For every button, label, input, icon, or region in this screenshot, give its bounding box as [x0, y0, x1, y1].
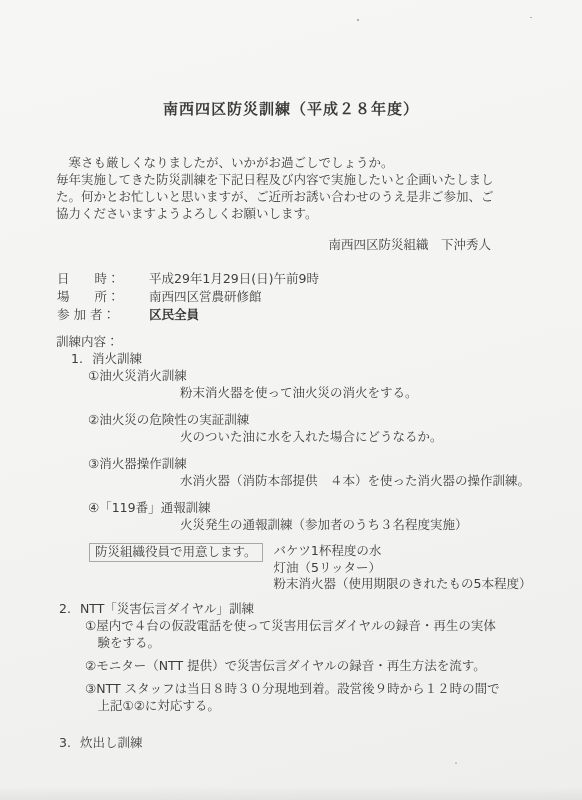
scan-speck — [455, 762, 457, 764]
scan-speck — [530, 17, 532, 18]
scan-speck — [357, 19, 359, 21]
section-1-name: 消火訓練 — [92, 350, 142, 367]
contents-heading: 訓練内容： — [56, 333, 582, 350]
sender-line: 南西四区防災組織 下沖秀人 — [0, 236, 491, 253]
supplies-note: 防災組織役員で用意します。 バケツ1杯程度の水 灯油（5リッター） 粉末消火器（… — [89, 543, 582, 593]
section-2-name: NTT「災害伝言ダイヤル」訓練 — [80, 600, 254, 617]
info-label-place: 場 所： — [57, 288, 137, 305]
list-item: ④「119番」通報訓練 火災発生の通報訓練（参加者のうち３名程度実施） — [0, 499, 582, 533]
section-1-number: 1. — [71, 350, 83, 367]
event-info: 日 時： 平成29年1月29日(日)午前9時 場 所： 南西四区営農研修館 参 … — [57, 270, 582, 324]
list-item: ①屋内で４台の仮設電話を使って災害用伝言ダイヤルの録音・再生の実体 験をする。 — [85, 617, 582, 651]
info-value-datetime: 平成29年1月29日(日)午前9時 — [149, 270, 319, 287]
section-3-name: 炊出し訓練 — [80, 734, 143, 751]
item-3-detail: 水消火器（消防本部提供 ４本）を使った消火器の操作訓練。 — [180, 472, 582, 489]
item-3-heading: ③消火器操作訓練 — [88, 455, 582, 472]
info-label-datetime: 日 時： — [57, 270, 137, 287]
section-fire-extinguishing: 1. 消火訓練 ①油火災消火訓練 粉末消火器を使って油火災の消火をする。 ②油火… — [0, 350, 582, 593]
document-title: 南西四区防災訓練（平成２８年度） — [0, 0, 582, 118]
info-row-place: 場 所： 南西四区営農研修館 — [57, 288, 582, 306]
list-item: ③NTT スタッフは当日８時３０分現地到着。設営後９時から１２時の間で 上記①②… — [85, 680, 582, 714]
supplies-box-label: 防災組織役員で用意します。 — [89, 543, 263, 562]
info-value-participants: 区民全員 — [149, 306, 199, 323]
info-row-datetime: 日 時： 平成29年1月29日(日)午前9時 — [57, 270, 582, 288]
info-row-participants: 参 加 者： 区民全員 — [57, 306, 582, 324]
list-item: ②油火災の危険性の実証訓練 火のついた油に水を入れた場合にどうなるか。 — [0, 411, 582, 445]
info-value-place: 南西四区営農研修館 — [149, 288, 262, 305]
scanned-document-page: 南西四区防災訓練（平成２８年度） 寒さも厳しくなりましたが、いかがお過ごしでしょ… — [0, 0, 582, 800]
section-2-title: 2. NTT「災害伝言ダイヤル」訓練 — [59, 600, 582, 617]
supplies-list: バケツ1杯程度の水 灯油（5リッター） 粉末消火器（使用期限のきれたもの5本程度… — [274, 543, 532, 593]
section-ntt-dial: 2. NTT「災害伝言ダイヤル」訓練 ①屋内で４台の仮設電話を使って災害用伝言ダ… — [0, 600, 582, 714]
item-2-detail: 火のついた油に水を入れた場合にどうなるか。 — [180, 428, 582, 445]
section-3-title: 3. 炊出し訓練 — [59, 734, 582, 751]
section-1-items: ①油火災消火訓練 粉末消火器を使って油火災の消火をする。 ②油火災の危険性の実証… — [0, 367, 582, 533]
item-1-detail: 粉末消火器を使って油火災の消火をする。 — [180, 384, 582, 401]
section-1-title: 1. 消火訓練 — [71, 350, 582, 367]
section-cooking-drill: 3. 炊出し訓練 — [0, 734, 582, 751]
item-4-detail: 火災発生の通報訓練（参加者のうち３名程度実施） — [180, 516, 582, 533]
greeting-paragraph: 寒さも厳しくなりましたが、いかがお過ごしでしょうか。 毎年実施してきた防災訓練を… — [56, 154, 558, 222]
section-3-number: 3. — [59, 734, 71, 751]
list-item: ②モニター（NTT 提供）で災害伝言ダイヤルの録音・再生方法を流す。 — [85, 657, 582, 674]
info-label-participants: 参 加 者： — [57, 306, 137, 323]
section-2-number: 2. — [59, 600, 71, 617]
list-item: ①油火災消火訓練 粉末消火器を使って油火災の消火をする。 — [0, 367, 582, 401]
list-item: ③消火器操作訓練 水消火器（消防本部提供 ４本）を使った消火器の操作訓練。 — [0, 455, 582, 489]
item-1-heading: ①油火災消火訓練 — [88, 367, 582, 384]
item-4-heading: ④「119番」通報訓練 — [88, 499, 582, 516]
item-2-heading: ②油火災の危険性の実証訓練 — [88, 411, 582, 428]
